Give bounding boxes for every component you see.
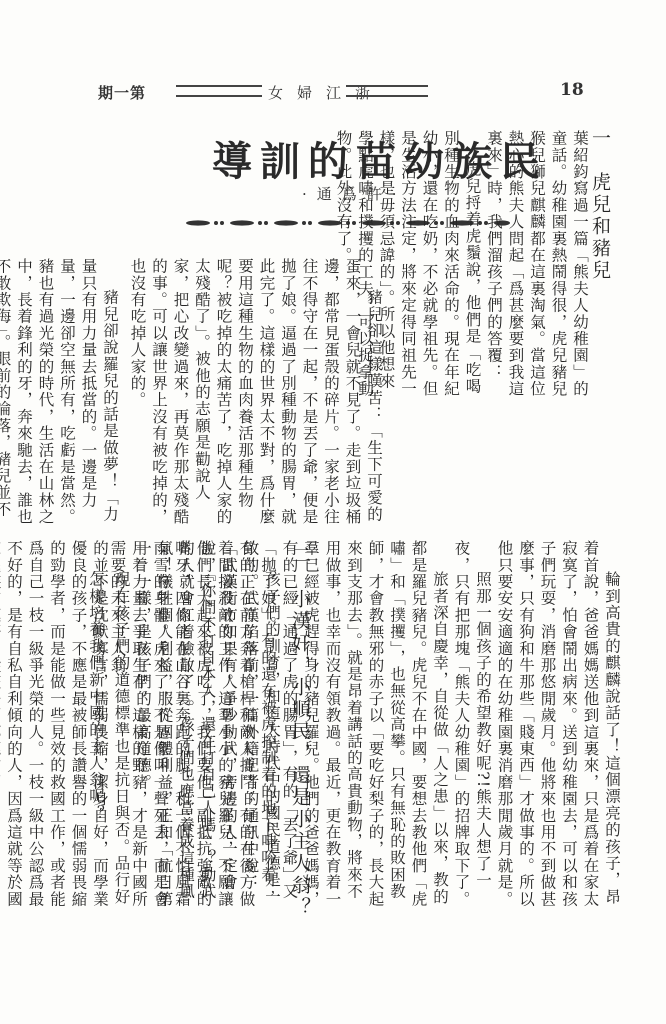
section-1-text-top-left: 豬兒卻說羅兒的話是做夢！「力量只有用力量去抵當的。一邊是力量，一邊卻空無所有，吃… xyxy=(60,258,120,528)
paragraph: 葉紹鈞寫過一篇「熊夫人幼稚園」的童話。幼稚園裏熱鬧得很，虎兒豬兒猴兒獅兒麒麟都在… xyxy=(483,130,591,398)
issue-label: 期一第 xyxy=(98,82,146,103)
page-number: 18 xyxy=(560,80,584,100)
running-header: 期一第 女婦江浙 18 xyxy=(0,82,666,112)
paragraph: 現在孩子們的道德標準也是抗日與否。品行好的並不是沈默寡言，懦弱畏縮，潔身自好，而… xyxy=(0,540,132,912)
paragraph: 豬兒卻說羅兒的話是做夢！「力量只有用力量去抵當的。一邊是力量，一邊卻空無所有，吃… xyxy=(0,258,120,528)
paragraph: 輪到高貴的麒麟說話了！這個漂亮的孩子，昂着首說，爸爸媽媽送他到這裏來，只是爲着在… xyxy=(493,540,622,912)
paragraph: 豬兒卻這樣嘆苦：「生下可愛的蛋來，一會兒就不見了。走到垃圾桶邊，都常見蛋殼的碎片… xyxy=(126,258,384,528)
section-1-text-bottom-right: 輪到高貴的麒麟說話了！這個漂亮的孩子，昂着首說，爸爸媽媽送他到這裏來，只是爲着在… xyxy=(340,540,622,912)
paragraph: 照那一個孩子的希望教好呢?!熊夫人想了一夜，只有把那塊「熊夫人幼稚園」的招牌取下… xyxy=(450,540,493,912)
header-rule-left xyxy=(176,85,262,97)
section-1-text-top-middle: 豬兒卻這樣嘆苦：「生下可愛的蛋來，一會兒就不見了。走到垃圾桶邊，都常見蛋殼的碎片… xyxy=(120,258,384,528)
scanned-page: 期一第 女婦江浙 18 導訓的苗幼族民 ·通爲許· 一 虎兒和豬兒 葉紹鈞寫過一… xyxy=(0,0,666,1024)
section-2-heading: 二 小漢奸，小順民，還是小主人翁？ xyxy=(288,545,312,919)
header-rule-right xyxy=(346,85,428,97)
section-1-text-top-right: 葉紹鈞寫過一篇「熊夫人幼稚園」的童話。幼稚園裏熱鬧得很，虎兒豬兒猴兒獅兒麒麟都在… xyxy=(380,130,590,398)
paragraph: 孩子們的訓育，和這大時代中的國民道德是一致的。武漢陷落前，一篇外籍記者的通訊中說… xyxy=(132,540,283,912)
section-2-text: 孩子們的訓育，和這大時代中的國民道德是一致的。武漢陷落前，一篇外籍記者的通訊中說… xyxy=(60,540,282,912)
section-1-heading: 一 虎兒和豬兒 xyxy=(588,128,612,282)
